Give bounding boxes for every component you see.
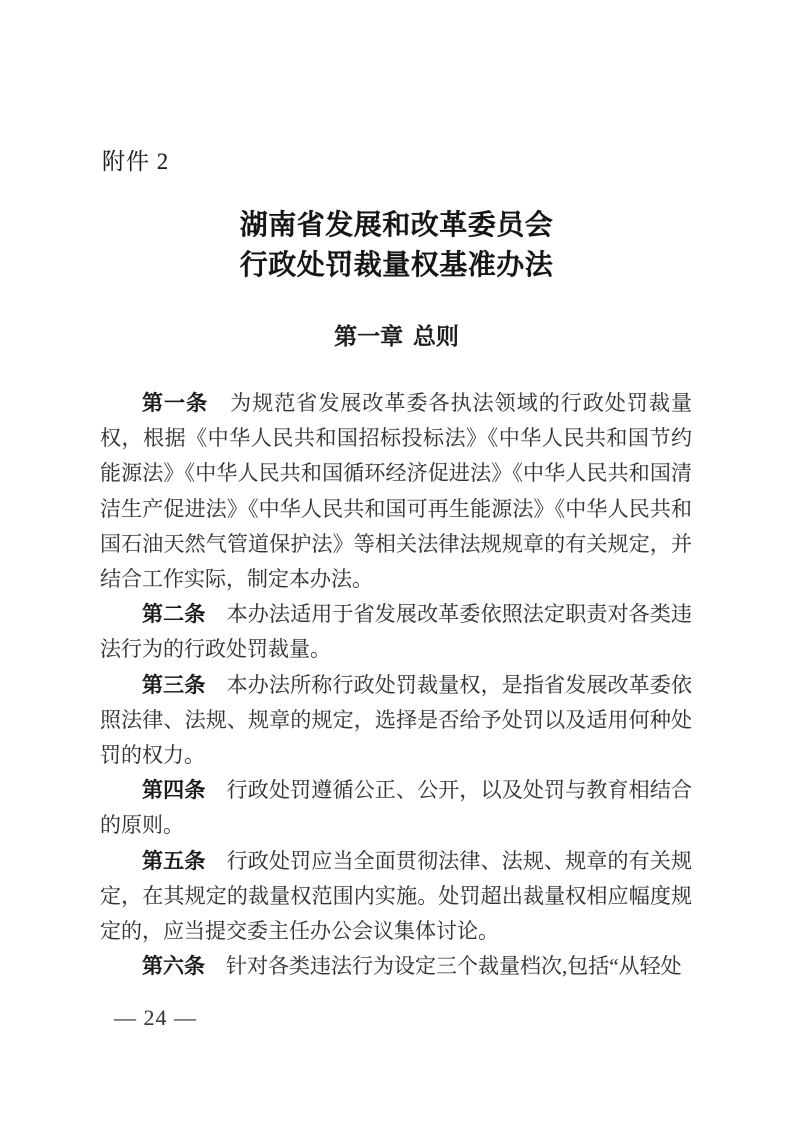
article-paragraph-1: 第一条 为规范省发展改革委各执法领域的行政处罚裁量权，根据《中华人民共和国招标投…	[100, 386, 692, 597]
document-page: 附件 2 湖南省发展和改革委员会 行政处罚裁量权基准办法 第一章 总则 第一条 …	[0, 0, 793, 1121]
article-number-2: 第二条	[142, 602, 205, 626]
article-number-5: 第五条	[142, 849, 205, 873]
article-number-6: 第六条	[142, 954, 205, 978]
article-paragraph-6: 第六条 针对各类违法行为设定三个裁量档次,包括“从轻处	[100, 949, 692, 984]
article-number-1: 第一条	[142, 391, 208, 415]
attachment-label: 附件 2	[102, 143, 169, 176]
document-title-line-2: 行政处罚裁量权基准办法	[0, 246, 793, 286]
article-number-4: 第四条	[142, 778, 205, 802]
document-title: 湖南省发展和改革委员会 行政处罚裁量权基准办法	[0, 206, 793, 286]
article-number-3: 第三条	[142, 673, 205, 697]
article-paragraph-5: 第五条 行政处罚应当全面贯彻法律、法规、规章的有关规定，在其规定的裁量权范围内实…	[100, 844, 692, 950]
article-paragraph-4: 第四条 行政处罚遵循公正、公开，以及处罚与教育相结合的原则。	[100, 773, 692, 843]
article-paragraph-2: 第二条 本办法适用于省发展改革委依照法定职责对各类违法行为的行政处罚裁量。	[100, 597, 692, 667]
page-number: — 24 —	[114, 1005, 197, 1031]
document-title-line-1: 湖南省发展和改革委员会	[0, 206, 793, 246]
chapter-heading: 第一章 总则	[0, 322, 793, 352]
document-body: 第一条 为规范省发展改革委各执法领域的行政处罚裁量权，根据《中华人民共和国招标投…	[100, 386, 692, 984]
article-paragraph-3: 第三条 本办法所称行政处罚裁量权，是指省发展改革委依照法律、法规、规章的规定，选…	[100, 668, 692, 774]
